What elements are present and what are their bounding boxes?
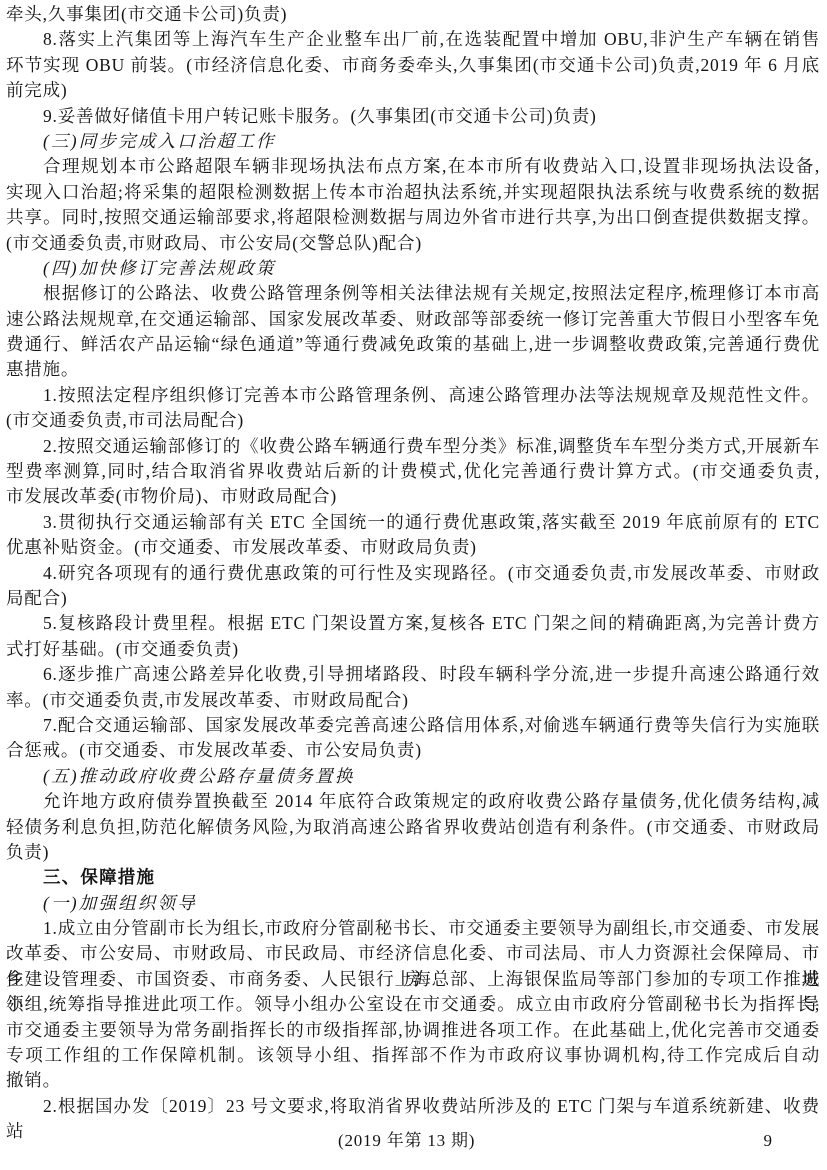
text-line: 根据修订的公路法、收费公路管理条例等相关法律法规有关规定,按照法定程序,梳理修订…: [6, 281, 820, 306]
text-line: 4.研究各项现有的通行费优惠政策的可行性及实现路径。(市交通委负责,市发展改革委…: [6, 561, 820, 586]
text-line: 6.逐步推广高速公路差异化收费,引导拥堵路段、时段车辆科学分流,进一步提升高速公…: [6, 662, 820, 687]
text-line: 前完成): [6, 78, 820, 103]
text-line: 惠措施。: [6, 357, 820, 382]
page-footer: (2019 年第 13 期) 9: [0, 1128, 827, 1158]
text-line: (市交通委负责,市财政局、市公安局(交警总队)配合): [6, 231, 820, 256]
text-line: 专项工作组的工作保障机制。该领导小组、指挥部不作为市政府议事协调机构,待工作完成…: [6, 1043, 820, 1068]
text-line: 共享。同时,按照交通运输部要求,将超限检测数据与周边外省市进行共享,为出口倒查提…: [6, 205, 820, 230]
text-line: 合惩戒。(市交通委、市发展改革委、市公安局负责): [6, 738, 820, 763]
text-line: 1.成立由分管副市长为组长,市政府分管副秘书长、市交通委主要领导为副组长,市交通…: [6, 916, 820, 941]
text-line: 7.配合交通运输部、国家发展改革委完善高速公路信用体系,对偷逃车辆通行费等失信行…: [6, 713, 820, 738]
text-line: (五)推动政府收费公路存量债务置换: [6, 764, 820, 789]
text-line: 3.贯彻执行交通运输部有关 ETC 全国统一的通行费优惠政策,落实截至 2019…: [6, 510, 820, 535]
text-line: 环节实现 OBU 前装。(市经济信息化委、市商务委牵头,久事集团(市交通卡公司)…: [6, 53, 820, 78]
text-line: 式打好基础。(市交通委负责): [6, 637, 820, 662]
text-line: 轻债务利息负担,防范化解债务风险,为取消高速公路省界收费站创造有利条件。(市交通…: [6, 815, 820, 840]
text-line: 撤销。: [6, 1068, 820, 1093]
text-line: 实现入口治超;将采集的超限检测数据上传本市治超执法系统,并实现超限执法系统与收费…: [6, 180, 820, 205]
text-line: (四)加快修订完善法规政策: [6, 256, 820, 281]
text-line: 1.按照法定程序组织修订完善本市公路管理条例、高速公路管理办法等法规规章及规范性…: [6, 383, 820, 408]
text-line: 市交通委主要领导为常务副指挥长的市级指挥部,协调推进各项工作。在此基础上,优化完…: [6, 1018, 820, 1043]
text-line: 三、保障措施: [6, 865, 820, 890]
document-page: 牵头,久事集团(市交通卡公司)负责)8.落实上汽集团等上海汽车生产企业整车出厂前…: [0, 0, 827, 1170]
text-line: (一)加强组织领导: [6, 891, 820, 916]
text-line: 型费率测算,同时,结合取消省界收费站后新的计费模式,优化完善通行费计算方式。(市…: [6, 459, 820, 484]
text-line: 2.根据国办发〔2019〕23 号文要求,将取消省界收费站所涉及的 ETC 门架…: [6, 1094, 820, 1119]
text-line: 改革委、市公安局、市财政局、市民政局、市经济信息化委、市司法局、市人力资源社会保…: [6, 941, 820, 966]
text-line: 市发展改革委(市物价局)、市财政局配合): [6, 484, 820, 509]
text-line: 5.复核路段计费里程。根据 ETC 门架设置方案,复核各 ETC 门架之间的精确…: [6, 611, 820, 636]
text-line: 小组,统筹指导推进此项工作。领导小组办公室设在市交通委。成立由市政府分管副秘书长…: [6, 992, 820, 1017]
issue-label: (2019 年第 13 期): [338, 1128, 475, 1154]
text-line: (市交通委负责,市司法局配合): [6, 408, 820, 433]
document-body: 牵头,久事集团(市交通卡公司)负责)8.落实上汽集团等上海汽车生产企业整车出厂前…: [6, 2, 820, 1119]
text-line: 乡建设管理委、市国资委、市商务委、人民银行上海总部、上海银保监局等部门参加的专项…: [6, 967, 820, 992]
text-line: 8.落实上汽集团等上海汽车生产企业整车出厂前,在选装配置中增加 OBU,非沪生产…: [6, 27, 820, 52]
text-line: 牵头,久事集团(市交通卡公司)负责): [6, 2, 820, 27]
text-line: 合理规划本市公路超限车辆非现场执法布点方案,在本市所有收费站入口,设置非现场执法…: [6, 154, 820, 179]
text-line: 9.妥善做好储值卡用户转记账卡服务。(久事集团(市交通卡公司)负责): [6, 104, 820, 129]
text-line: 2.按照交通运输部修订的《收费公路车辆通行费车型分类》标准,调整货车车型分类方式…: [6, 434, 820, 459]
page-number: 9: [764, 1128, 773, 1154]
text-line: 率。(市交通委负责,市发展改革委、市财政局配合): [6, 688, 820, 713]
text-line: 允许地方政府债券置换截至 2014 年底符合政策规定的政府收费公路存量债务,优化…: [6, 789, 820, 814]
text-line: 优惠补贴资金。(市交通委、市发展改革委、市财政局负责): [6, 535, 820, 560]
text-line: 速公路法规规章,在交通运输部、国家发展改革委、财政部等部委统一修订完善重大节假日…: [6, 307, 820, 332]
text-line: 费通行、鲜活农产品运输“绿色通道”等通行费减免政策的基础上,进一步调整收费政策,…: [6, 332, 820, 357]
text-line: (三)同步完成入口治超工作: [6, 129, 820, 154]
text-line: 负责): [6, 840, 820, 865]
text-line: 局配合): [6, 586, 820, 611]
